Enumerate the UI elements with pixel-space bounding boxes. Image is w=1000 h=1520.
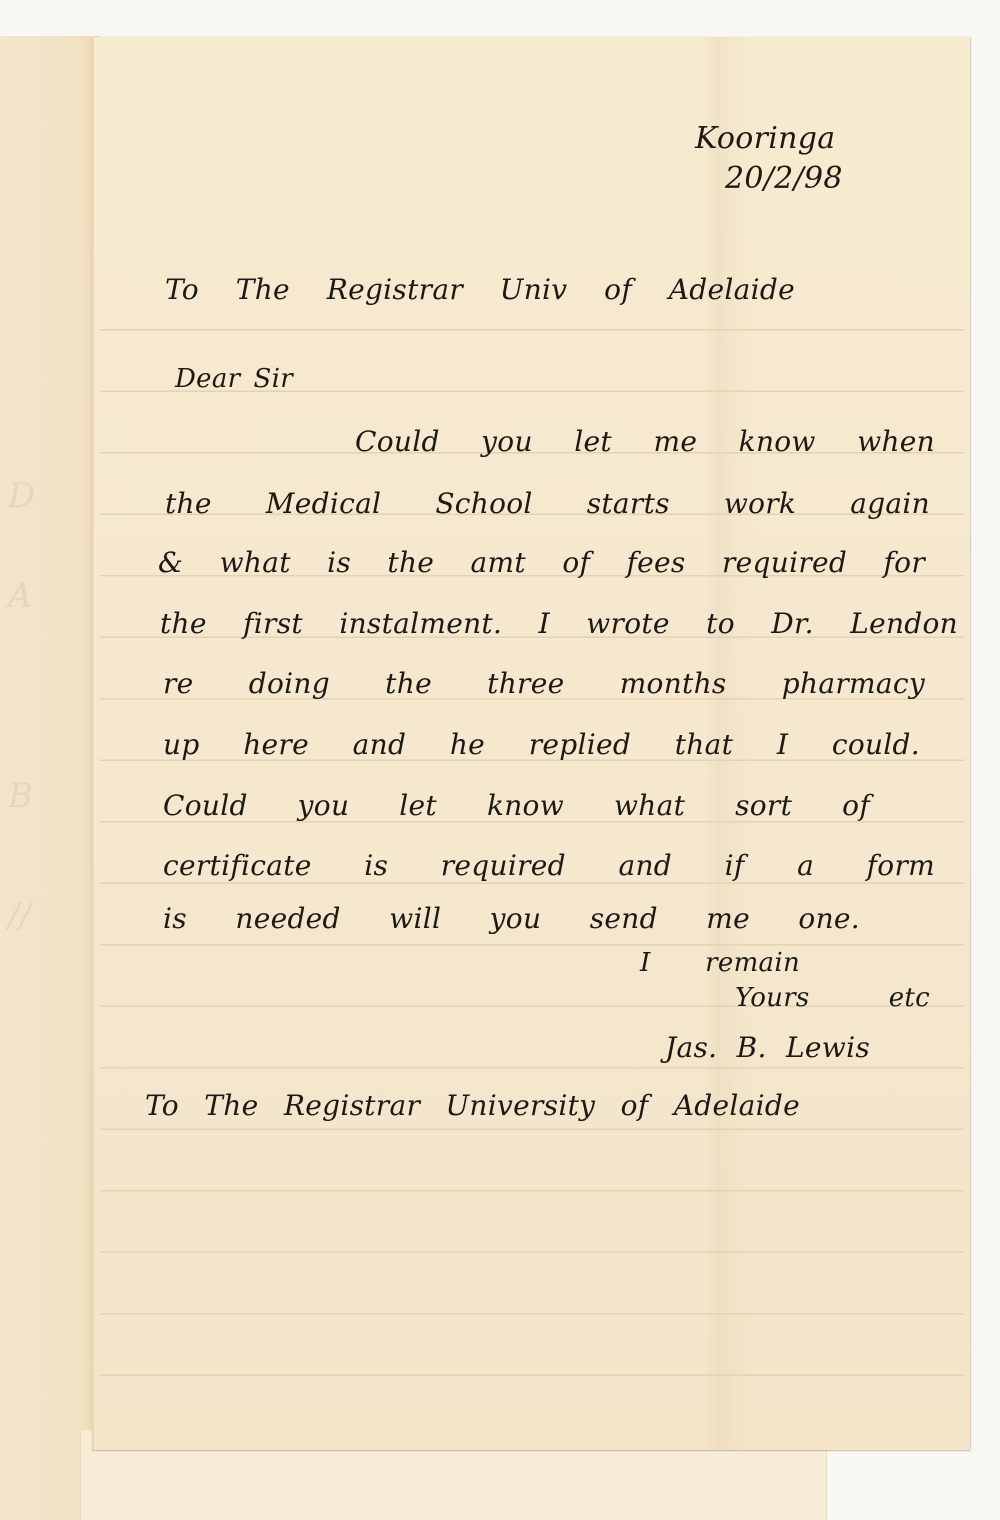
letter-place: Kooringa	[695, 124, 845, 154]
body-line: the first instalment. I wrote to Dr. Len…	[160, 610, 958, 638]
body-line: & what is the amt of fees required for	[158, 549, 925, 577]
recipient-address-bottom: To The Registrar University of Adelaide	[145, 1092, 800, 1120]
letter-date: 20/2/98	[725, 164, 863, 194]
closing-yours: Yours etc	[735, 985, 930, 1011]
show-through-mark: B	[8, 776, 33, 816]
greeting: Dear Sir	[175, 366, 293, 392]
show-through-mark: //	[8, 896, 31, 936]
body-line: up here and he replied that I could.	[163, 731, 920, 759]
show-through-mark: D	[8, 476, 35, 516]
body-line: is needed will you send me one.	[163, 905, 860, 933]
body-line: Could you let know what sort of	[163, 792, 870, 820]
show-through-mark: A	[8, 576, 33, 616]
body-line: Could you let me know when	[355, 428, 935, 456]
closing-remain: I remain	[640, 950, 800, 976]
underlying-left-page: D A B //	[0, 36, 99, 1520]
body-line: re doing the three months pharmacy	[163, 670, 925, 698]
body-line: certificate is required and if a form	[163, 852, 935, 880]
body-line: the Medical School starts work again	[165, 490, 930, 518]
signature: Jas. B. Lewis	[665, 1034, 870, 1062]
recipient-address: To The Registrar Univ of Adelaide	[165, 276, 795, 304]
